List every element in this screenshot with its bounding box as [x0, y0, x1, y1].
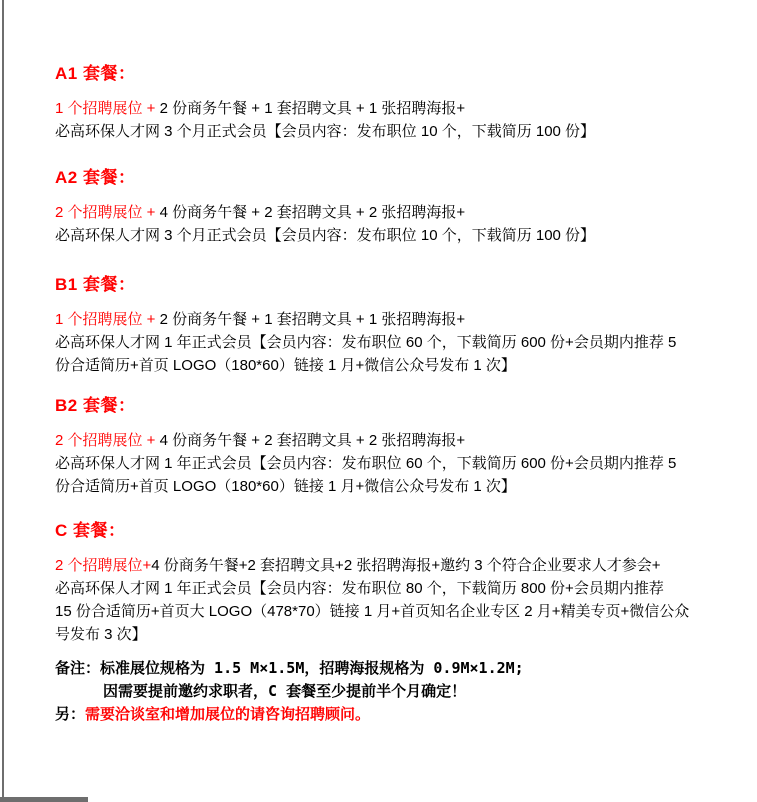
package-detail-b1-line1: 必高环保人才网 1 年正式会员【会员内容：发布职位 60 个，下载简历 600 …	[55, 331, 745, 354]
notes-line-2: 因需要提前邀约求职者，C 套餐至少提前半个月确定！	[55, 680, 745, 703]
notes-label: 备注：	[55, 659, 100, 677]
notes-line-1: 备注：标准展位规格为 1.5 M×1.5M，招聘海报规格为 0.9M×1.2M;	[55, 657, 745, 680]
notes-extra-line: 另：需要洽谈室和增加展位的请咨询招聘顾问。	[55, 703, 745, 726]
package-section-c: C 套餐： 2 个招聘展位+4 份商务午餐+2 套招聘文具+2 张招聘海报+邀约…	[55, 521, 745, 646]
notes-extra-label: 另：	[55, 705, 85, 723]
package-section-a1: A1 套餐： 1 个招聘展位 + 2 份商务午餐 + 1 套招聘文具 + 1 张…	[55, 64, 745, 143]
package-highlight-c: 2 个招聘展位+	[55, 557, 151, 574]
package-items-rest-b2: 4 份商务午餐 + 2 套招聘文具 + 2 张招聘海报+	[155, 432, 465, 449]
package-items-rest-b1: 2 份商务午餐 + 1 套招聘文具 + 1 张招聘海报+	[155, 311, 465, 328]
notes-line-1-text: 标准展位规格为 1.5 M×1.5M，招聘海报规格为 0.9M×1.2M;	[100, 659, 524, 677]
package-items-a1: 1 个招聘展位 + 2 份商务午餐 + 1 套招聘文具 + 1 张招聘海报+	[55, 97, 745, 120]
package-items-b2: 2 个招聘展位 + 4 份商务午餐 + 2 套招聘文具 + 2 张招聘海报+	[55, 429, 745, 452]
package-highlight-b1: 1 个招聘展位 +	[55, 311, 155, 328]
package-section-b2: B2 套餐： 2 个招聘展位 + 4 份商务午餐 + 2 套招聘文具 + 2 张…	[55, 396, 745, 498]
document-body: A1 套餐： 1 个招聘展位 + 2 份商务午餐 + 1 套招聘文具 + 1 张…	[55, 64, 745, 726]
package-items-a2: 2 个招聘展位 + 4 份商务午餐 + 2 套招聘文具 + 2 张招聘海报+	[55, 201, 745, 224]
package-detail-b2-line1: 必高环保人才网 1 年正式会员【会员内容：发布职位 60 个，下载简历 600 …	[55, 452, 745, 475]
package-title-b1: B1 套餐：	[55, 275, 745, 295]
table-left-border	[2, 0, 4, 797]
package-section-a2: A2 套餐： 2 个招聘展位 + 4 份商务午餐 + 2 套招聘文具 + 2 张…	[55, 168, 745, 247]
table-bottom-border	[0, 797, 88, 802]
package-section-b1: B1 套餐： 1 个招聘展位 + 2 份商务午餐 + 1 套招聘文具 + 1 张…	[55, 275, 745, 377]
package-highlight-a1: 1 个招聘展位 +	[55, 100, 155, 117]
package-items-c: 2 个招聘展位+4 份商务午餐+2 套招聘文具+2 张招聘海报+邀约 3 个符合…	[55, 554, 745, 577]
package-highlight-a2: 2 个招聘展位 +	[55, 204, 155, 221]
package-items-rest-a2: 4 份商务午餐 + 2 套招聘文具 + 2 张招聘海报+	[155, 204, 465, 221]
package-title-a2: A2 套餐：	[55, 168, 745, 188]
package-detail-c-line1: 必高环保人才网 1 年正式会员【会员内容：发布职位 80 个，下载简历 800 …	[55, 577, 745, 600]
notes-extra-text: 需要洽谈室和增加展位的请咨询招聘顾问。	[85, 705, 370, 723]
package-highlight-b2: 2 个招聘展位 +	[55, 432, 155, 449]
package-detail-a1-line1: 必高环保人才网 3 个月正式会员【会员内容：发布职位 10 个，下载简历 100…	[55, 120, 745, 143]
package-detail-b2-line2: 份合适简历+首页 LOGO（180*60）链接 1 月+微信公众号发布 1 次】	[55, 475, 745, 498]
package-detail-a2-line1: 必高环保人才网 3 个月正式会员【会员内容：发布职位 10 个，下载简历 100…	[55, 224, 745, 247]
package-detail-c-line2: 15 份合适简历+首页大 LOGO（478*70）链接 1 月+首页知名企业专区…	[55, 600, 745, 623]
package-detail-c-line3: 号发布 3 次】	[55, 623, 745, 646]
package-items-rest-c: 4 份商务午餐+2 套招聘文具+2 张招聘海报+邀约 3 个符合企业要求人才参会…	[151, 557, 660, 574]
package-title-c: C 套餐：	[55, 521, 745, 541]
package-title-a1: A1 套餐：	[55, 64, 745, 84]
package-items-b1: 1 个招聘展位 + 2 份商务午餐 + 1 套招聘文具 + 1 张招聘海报+	[55, 308, 745, 331]
package-title-b2: B2 套餐：	[55, 396, 745, 416]
package-detail-b1-line2: 份合适简历+首页 LOGO（180*60）链接 1 月+微信公众号发布 1 次】	[55, 354, 745, 377]
notes-section: 备注：标准展位规格为 1.5 M×1.5M，招聘海报规格为 0.9M×1.2M;…	[55, 657, 745, 726]
package-items-rest-a1: 2 份商务午餐 + 1 套招聘文具 + 1 张招聘海报+	[155, 100, 465, 117]
